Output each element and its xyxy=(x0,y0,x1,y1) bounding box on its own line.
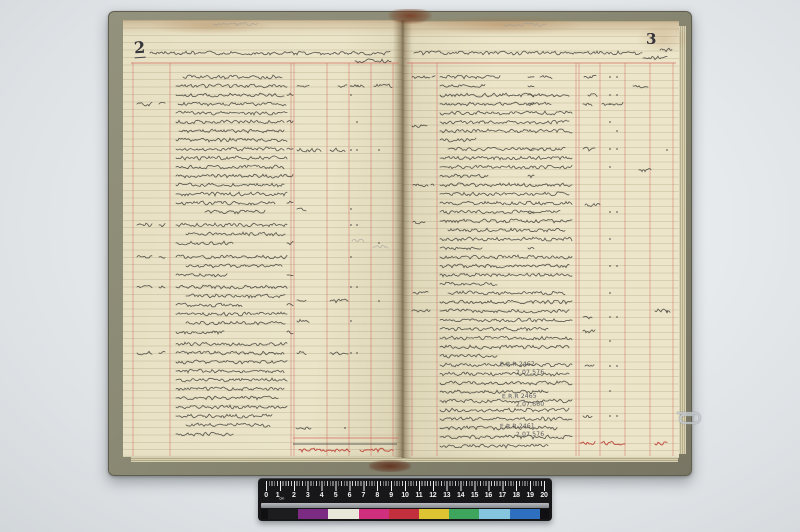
ruler-number: 4 xyxy=(320,492,324,499)
color-patch xyxy=(510,509,540,519)
ledger-reference: E.R.R 2462 xyxy=(500,361,535,369)
page-stack-fore-edge xyxy=(679,26,686,454)
ruler-number: 13 xyxy=(443,492,450,499)
ruler-number: 1cm xyxy=(276,492,284,500)
ruler-number: 15 xyxy=(471,492,478,499)
ledger-reference: E.R.R 2465 xyxy=(502,393,537,401)
color-patch xyxy=(419,509,449,519)
ruler-number: 14 xyxy=(457,492,464,499)
ruler-number: 6 xyxy=(348,492,352,499)
color-patch xyxy=(298,509,328,519)
ruler-number: 5 xyxy=(334,492,338,499)
color-patch xyxy=(328,509,358,519)
right-page xyxy=(402,21,679,458)
page-number-left: 2 xyxy=(133,38,146,59)
ruler-number: 9 xyxy=(389,492,393,499)
color-patch xyxy=(268,509,298,519)
ledger-amount: 2,07,660 xyxy=(516,401,544,408)
ledger-amount: 2,07,576 xyxy=(516,431,544,438)
ruler-mm-ticks xyxy=(266,481,545,486)
color-patch xyxy=(389,509,419,519)
ruler-number: 8 xyxy=(375,492,379,499)
page-number-right: 3 xyxy=(646,30,656,48)
ruler-number: 11 xyxy=(415,492,422,499)
ruler-number: 20 xyxy=(540,492,547,499)
ruler-number: 19 xyxy=(527,492,534,499)
spine-shadow xyxy=(393,20,412,458)
ruler-unit-label: cm xyxy=(279,495,284,500)
ledger-amount: 2,07,576 xyxy=(516,369,544,376)
color-patch xyxy=(479,509,509,519)
ruler-number: 18 xyxy=(513,492,520,499)
color-patch xyxy=(449,509,479,519)
left-page xyxy=(123,20,402,457)
ruler-number: 17 xyxy=(499,492,506,499)
color-calibration-ruler: 01cm234567891011121314151617181920 xyxy=(258,478,552,521)
ruler-number: 10 xyxy=(401,492,408,499)
ruler-number: 16 xyxy=(485,492,492,499)
ledger-reference: E.R.R 2461 xyxy=(500,423,535,431)
photo-of-ledger: { "photo": { "subject": "open handwritte… xyxy=(0,0,800,532)
ruler-number: 2 xyxy=(292,492,296,499)
ruler-number: 12 xyxy=(429,492,436,499)
paperclip xyxy=(674,404,704,430)
ruler-number: 7 xyxy=(362,492,366,499)
color-patch-row xyxy=(261,509,549,519)
ruler-silver-band xyxy=(261,503,549,508)
ruler-number: 0 xyxy=(264,492,268,499)
color-patch xyxy=(359,509,389,519)
ruler-number: 3 xyxy=(306,492,310,499)
